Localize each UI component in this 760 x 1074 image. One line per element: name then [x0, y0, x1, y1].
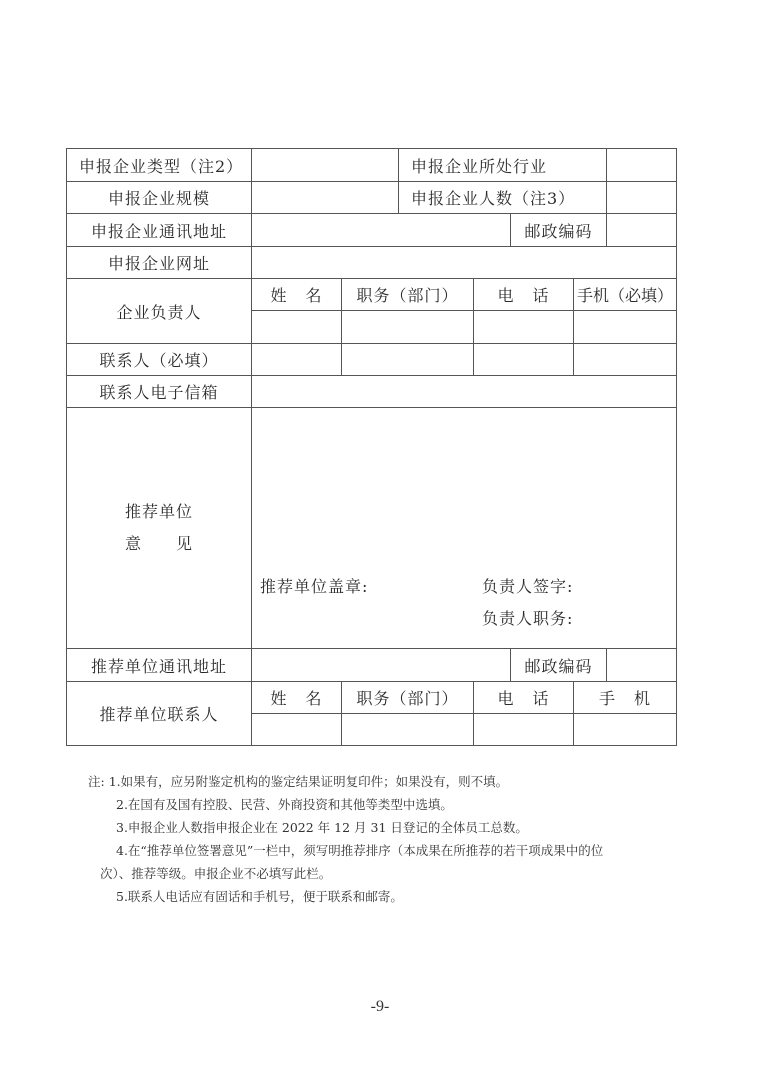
- leader-position-label: 负责人职务:: [482, 606, 573, 629]
- website-label: 申报企业网址: [67, 247, 252, 279]
- industry-field[interactable]: [607, 149, 677, 182]
- contact-mobile-field[interactable]: [574, 344, 677, 376]
- contact-label: 联系人（必填）: [67, 344, 252, 376]
- rc-col-header-position: 职务（部门）: [342, 682, 474, 714]
- recommender-address-label: 推荐单位通讯地址: [67, 649, 252, 682]
- rc-col-header-phone: 电话: [474, 682, 574, 714]
- leader-signature-label: 负责人签字:: [482, 574, 573, 597]
- note-5: 5.联系人电话应有固话和手机号，便于联系和邮寄。: [88, 885, 708, 908]
- rc-position-field[interactable]: [342, 714, 474, 746]
- leader-name-field[interactable]: [252, 311, 342, 344]
- col-header-phone: 电话: [474, 279, 574, 311]
- col-header-position: 职务（部门）: [342, 279, 474, 311]
- seal-label: 推荐单位盖章:: [260, 574, 368, 597]
- application-form-table: 申报企业类型（注2） 申报企业所处行业 申报企业规模 申报企业人数（注3） 申报…: [66, 148, 677, 746]
- scale-label: 申报企业规模: [67, 182, 252, 214]
- website-field[interactable]: [252, 247, 677, 279]
- recommender-postcode-field[interactable]: [607, 649, 677, 682]
- postcode-label: 邮政编码: [511, 214, 607, 247]
- contact-phone-field[interactable]: [474, 344, 574, 376]
- leader-phone-field[interactable]: [474, 311, 574, 344]
- rc-phone-field[interactable]: [474, 714, 574, 746]
- enterprise-type-field[interactable]: [252, 149, 399, 182]
- headcount-field[interactable]: [607, 182, 677, 214]
- contact-position-field[interactable]: [342, 344, 474, 376]
- note-3: 3.申报企业人数指申报企业在 2022 年 12 月 31 日登记的全体员工总数…: [88, 816, 708, 839]
- note-2: 2.在国有及国有控股、民营、外商投资和其他等类型中选填。: [88, 793, 708, 816]
- recommender-contact-label: 推荐单位联系人: [67, 682, 252, 746]
- opinion-label-line1: 推荐单位: [125, 496, 193, 528]
- leader-mobile-field[interactable]: [574, 311, 677, 344]
- note-4: 4.在“推荐单位签署意见”一栏中，须写明推荐排序（本成果在所推荐的若干项成果中的…: [88, 839, 708, 862]
- address-field[interactable]: [252, 214, 511, 247]
- headcount-label: 申报企业人数（注3）: [399, 182, 607, 214]
- col-header-name: 姓名: [252, 279, 342, 311]
- leader-label: 企业负责人: [67, 279, 252, 344]
- industry-label: 申报企业所处行业: [399, 149, 607, 182]
- address-label: 申报企业通讯地址: [67, 214, 252, 247]
- col-header-mobile: 手机（必填）: [574, 279, 677, 311]
- recommender-postcode-label: 邮政编码: [511, 649, 607, 682]
- rc-col-header-name: 姓名: [252, 682, 342, 714]
- recommender-opinion-field[interactable]: 推荐单位盖章: 负责人签字: 负责人职务:: [252, 408, 677, 649]
- postcode-field[interactable]: [607, 214, 677, 247]
- leader-position-field[interactable]: [342, 311, 474, 344]
- rc-col-header-mobile: 手机: [574, 682, 677, 714]
- recommender-address-field[interactable]: [252, 649, 511, 682]
- opinion-label-line2: 意见: [125, 528, 193, 560]
- page-number: -9-: [0, 998, 760, 1016]
- recommender-opinion-label: 推荐单位 意见: [67, 408, 252, 649]
- scale-field[interactable]: [252, 182, 399, 214]
- notes-section: 注: 1.如果有，应另附鉴定机构的鉴定结果证明复印件；如果没有，则不填。 2.在…: [88, 770, 708, 908]
- rc-mobile-field[interactable]: [574, 714, 677, 746]
- note-4-continued: 次）、推荐等级。申报企业不必填写此栏。: [88, 862, 708, 885]
- note-1: 注: 1.如果有，应另附鉴定机构的鉴定结果证明复印件；如果没有，则不填。: [88, 770, 708, 793]
- rc-name-field[interactable]: [252, 714, 342, 746]
- contact-name-field[interactable]: [252, 344, 342, 376]
- enterprise-type-label: 申报企业类型（注2）: [67, 149, 252, 182]
- contact-email-field[interactable]: [252, 376, 677, 408]
- contact-email-label: 联系人电子信箱: [67, 376, 252, 408]
